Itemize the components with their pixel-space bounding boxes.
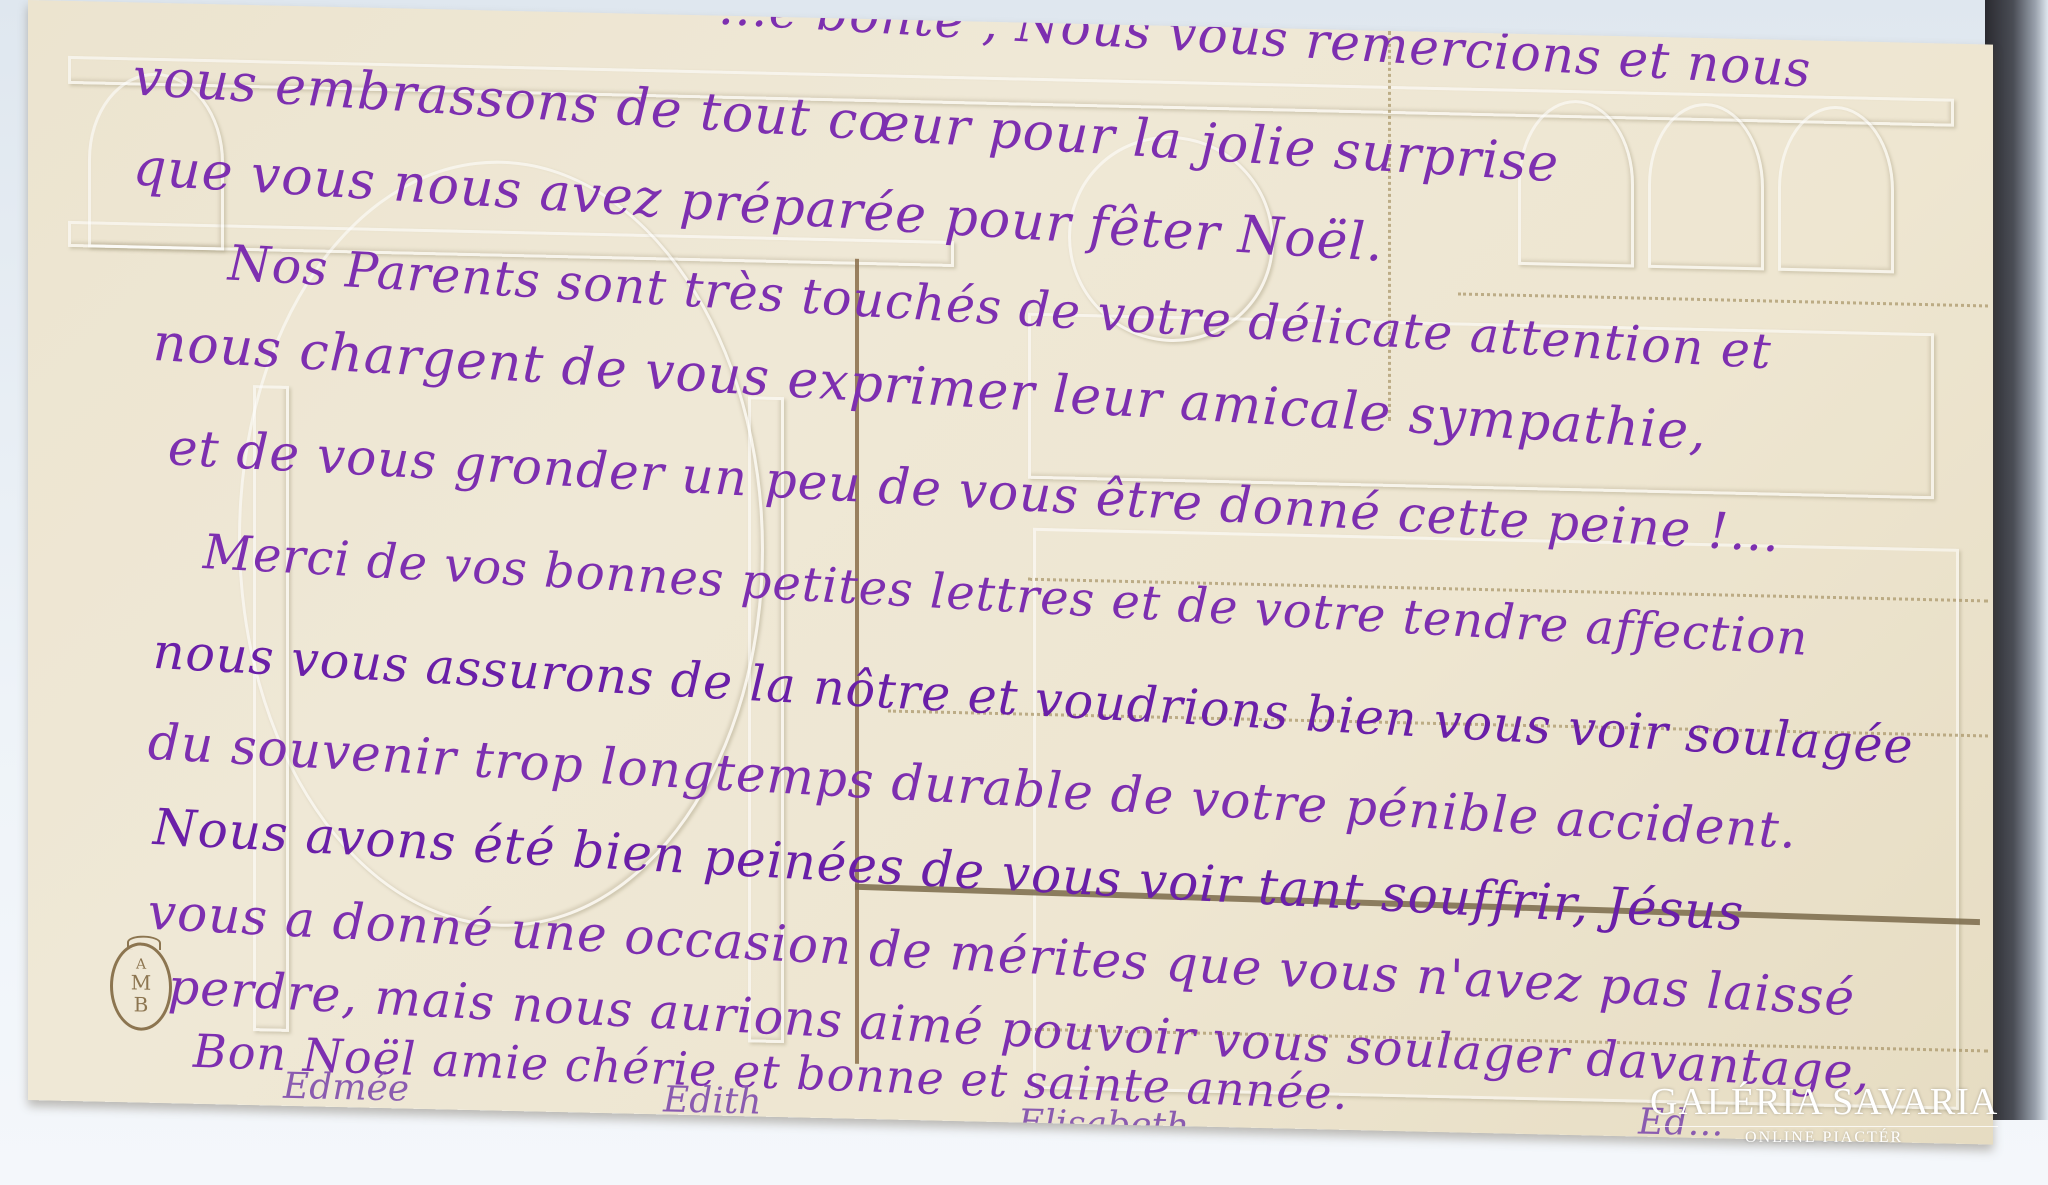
- watermark-brand: GALÉRIA SAVARIA: [1650, 1080, 1998, 1124]
- monogram-letter: B: [113, 993, 169, 1016]
- table-shadow: [1985, 0, 2048, 1120]
- signature: Edith: [663, 1079, 762, 1122]
- signature: Elisabeth: [1018, 1102, 1189, 1144]
- address-line: [1388, 31, 1391, 421]
- ribbon-bow-icon: [127, 935, 161, 950]
- monogram-letter: M: [113, 971, 169, 994]
- publisher-monogram-icon: A M B: [110, 942, 172, 1031]
- letter-line: …e bonté , Nous vous remercions et nous: [717, 0, 1812, 99]
- watermark-subtitle: ONLINE PIACTÉR: [1650, 1126, 1998, 1147]
- signature: Edmée: [283, 1066, 409, 1110]
- embossed-arch: [1648, 102, 1764, 271]
- embossed-arch: [1778, 105, 1894, 274]
- address-line: [1458, 292, 1988, 307]
- watermark: GALÉRIA SAVARIA ONLINE PIACTÉR: [1650, 1080, 1998, 1147]
- postcard: …e bonté , Nous vous remercions et nous …: [28, 0, 1993, 1145]
